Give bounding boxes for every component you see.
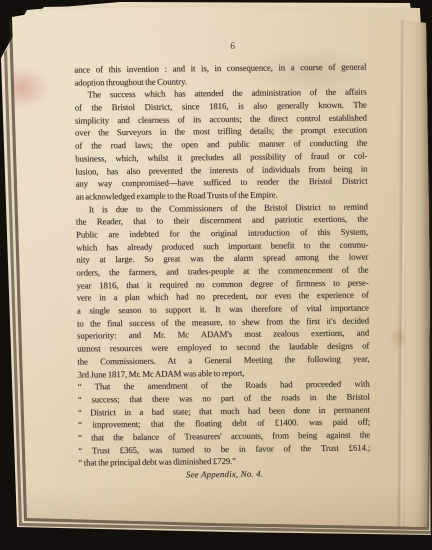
- book-photo: 6 ance of this invention : and it is, in…: [0, 0, 432, 550]
- paragraph-commissioners: It is due to the Commissioners of the Br…: [76, 200, 370, 381]
- paragraph-district-success: The success which has attended the admin…: [74, 86, 367, 203]
- mcadam-report-quote: “ That the amendment of the Roads had pr…: [78, 378, 371, 470]
- page-text: 6 ance of this invention : and it is, in…: [74, 40, 371, 482]
- paragraph-invention-continuation: ance of this invention : and it is, in c…: [74, 60, 366, 88]
